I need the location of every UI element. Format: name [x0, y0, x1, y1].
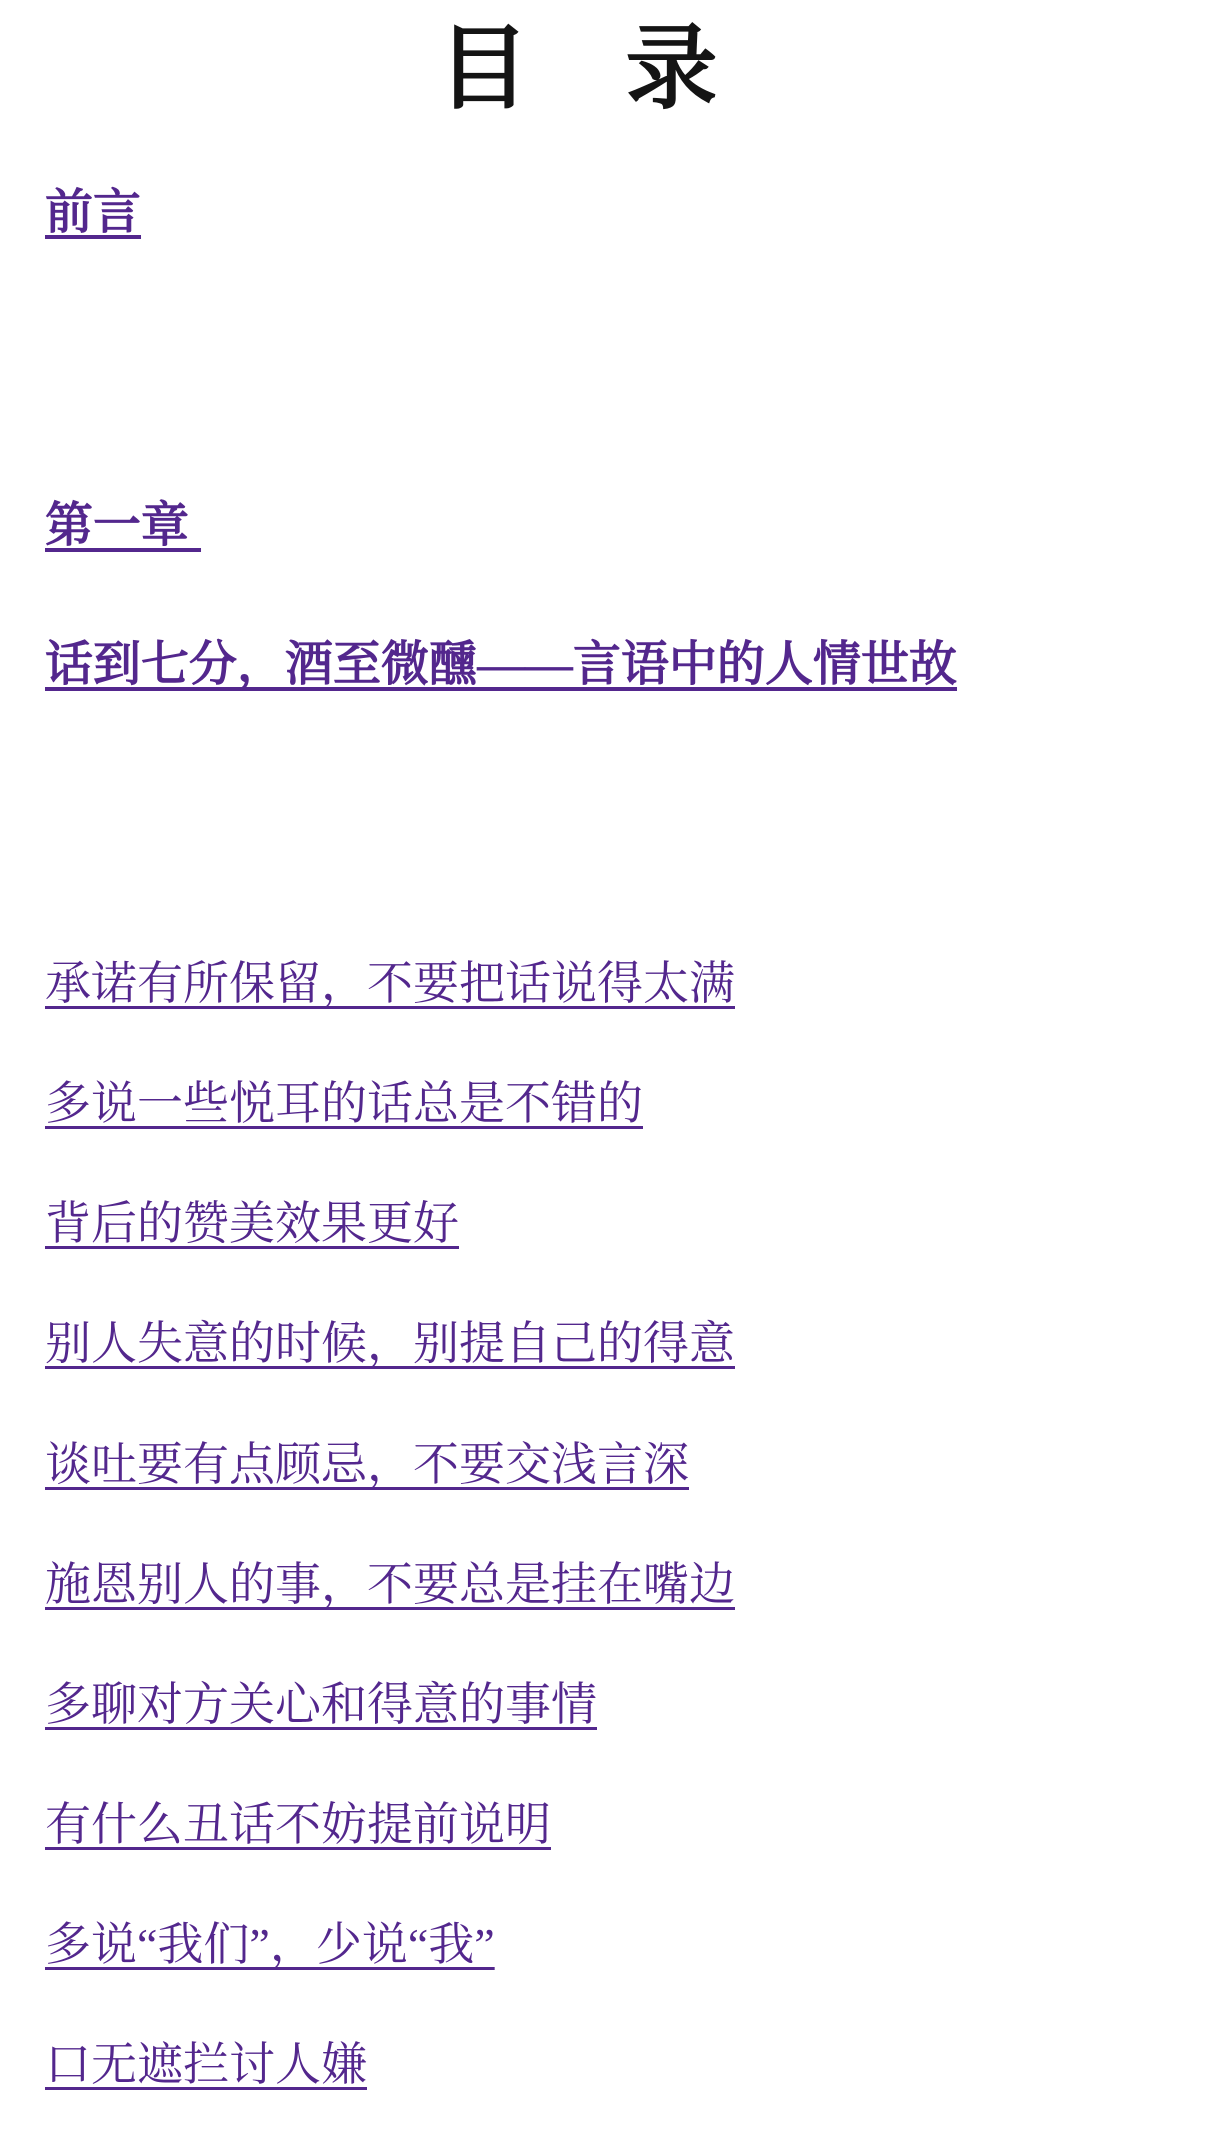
page-title: 目 录 [45, 12, 1112, 127]
toc-entry-section: 口无遮拦讨人嫌 [45, 2037, 1112, 2092]
toc-entry-chapter-number: 第一章 [45, 497, 1112, 555]
toc-entry-section: 有什么丑话不妨提前说明 [45, 1797, 1112, 1852]
toc-link-chapter-1-title[interactable]: 话到七分，酒至微醺——言语中的人情世故 [45, 638, 957, 691]
toc-entry-section: 多聊对方关心和得意的事情 [45, 1677, 1112, 1732]
toc-entry-section: 谈吐要有点顾忌，不要交浅言深 [45, 1437, 1112, 1492]
toc-entry-section: 施恩别人的事，不要总是挂在嘴边 [45, 1557, 1112, 1612]
toc-link-chapter-1-number[interactable]: 第一章 [45, 499, 201, 552]
toc-entry-chapter-title: 话到七分，酒至微醺——言语中的人情世故 [45, 636, 1112, 694]
toc-entry-section: 多说一些悦耳的话总是不错的 [45, 1076, 1112, 1131]
toc-entry-section: 多说“我们”，少说“我” [45, 1917, 1112, 1972]
toc-link-section-2[interactable]: 多说一些悦耳的话总是不错的 [45, 1078, 643, 1129]
toc-link-section-4[interactable]: 别人失意的时候，别提自己的得意 [45, 1318, 735, 1369]
toc-link-section-6[interactable]: 施恩别人的事，不要总是挂在嘴边 [45, 1559, 735, 1610]
toc-link-section-8[interactable]: 有什么丑话不妨提前说明 [45, 1799, 551, 1850]
toc-link-section-3[interactable]: 背后的赞美效果更好 [45, 1198, 459, 1249]
toc-entry-section: 别人失意的时候，别提自己的得意 [45, 1316, 1112, 1371]
toc-link-section-1[interactable]: 承诺有所保留，不要把话说得太满 [45, 958, 735, 1009]
toc-entry-section: 承诺有所保留，不要把话说得太满 [45, 956, 1112, 1011]
toc-link-section-5[interactable]: 谈吐要有点顾忌，不要交浅言深 [45, 1439, 689, 1490]
toc-link-section-10[interactable]: 口无遮拦讨人嫌 [45, 2039, 367, 2090]
toc-entry-preface: 前言 [45, 184, 1112, 242]
toc-link-preface[interactable]: 前言 [45, 186, 141, 239]
toc-page: 目 录 前言 第一章 话到七分，酒至微醺——言语中的人情世故 承诺有所保留，不要… [45, 0, 1112, 2093]
toc-entry-section: 背后的赞美效果更好 [45, 1196, 1112, 1251]
toc-link-section-9[interactable]: 多说“我们”，少说“我” [45, 1919, 495, 1970]
toc-link-section-7[interactable]: 多聊对方关心和得意的事情 [45, 1679, 597, 1730]
